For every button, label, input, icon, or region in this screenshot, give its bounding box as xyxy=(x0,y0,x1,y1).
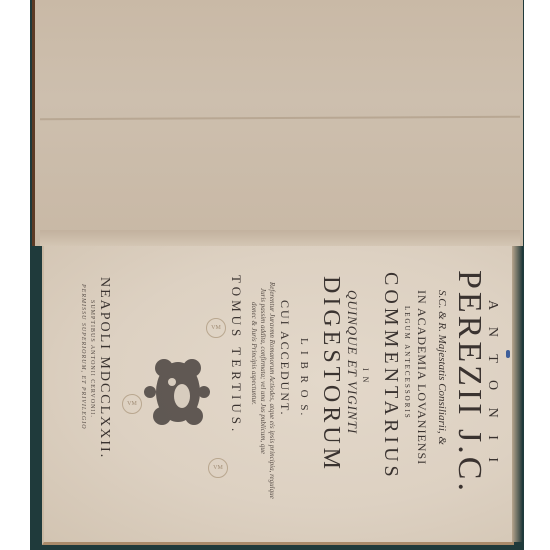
title-in: I N xyxy=(361,368,370,384)
imprint-line-2: PERMISSU SUPERIORUM, ET PRIVILEGIO xyxy=(80,284,86,430)
author-last-name: PEREZII J.C. xyxy=(450,270,488,494)
image-margin-right xyxy=(524,0,550,550)
blank-endpaper xyxy=(32,0,523,246)
image-margin-left xyxy=(0,0,30,550)
supplement-line-2: Juris passim addita, confirmata; vel una… xyxy=(259,288,267,454)
credential-line-1: S.C. & R. Majestatis Consiliarii, & xyxy=(436,290,448,445)
supplement-line-3: donec & Juris Principis aspectuntur. xyxy=(250,302,258,405)
supplement-heading: CUI ACCEDUNT. xyxy=(277,300,292,416)
volume-label: TOMUS TERTIUS. xyxy=(228,275,244,435)
supplement-line-1: Referentur Juravmn Romanorum Actiodes, a… xyxy=(268,282,276,499)
imprint-line-1: SUMPTIBUS ANTONII CERVONII. xyxy=(89,300,95,418)
title-digestorum: DIGESTORUM xyxy=(317,276,344,473)
ink-mark xyxy=(506,350,510,358)
title-quinque-et-viginti: QUINQUE ET VIGINTI xyxy=(344,290,360,434)
library-stamp-icon: VM xyxy=(122,394,142,414)
credential-line-2: IN ACADEMIA LOVANIENSI xyxy=(414,290,429,465)
library-stamp-icon: VM xyxy=(208,458,228,478)
imprint-place-date: NEAPOLI MDCCLXXII. xyxy=(96,277,112,459)
library-stamp-icon: VM xyxy=(206,318,226,338)
book-photograph: A N T O N I I PEREZII J.C. S.C. & R. Maj… xyxy=(0,0,550,550)
page-edge xyxy=(512,246,522,542)
page-fold xyxy=(40,230,520,246)
title-libros: L I B R O S. xyxy=(298,338,310,417)
title-commentarius: COMMENTARIUS xyxy=(379,272,402,481)
printer-ornament-icon xyxy=(142,346,212,438)
credential-line-3: LEGUM ANTECESSORIS xyxy=(403,306,411,420)
